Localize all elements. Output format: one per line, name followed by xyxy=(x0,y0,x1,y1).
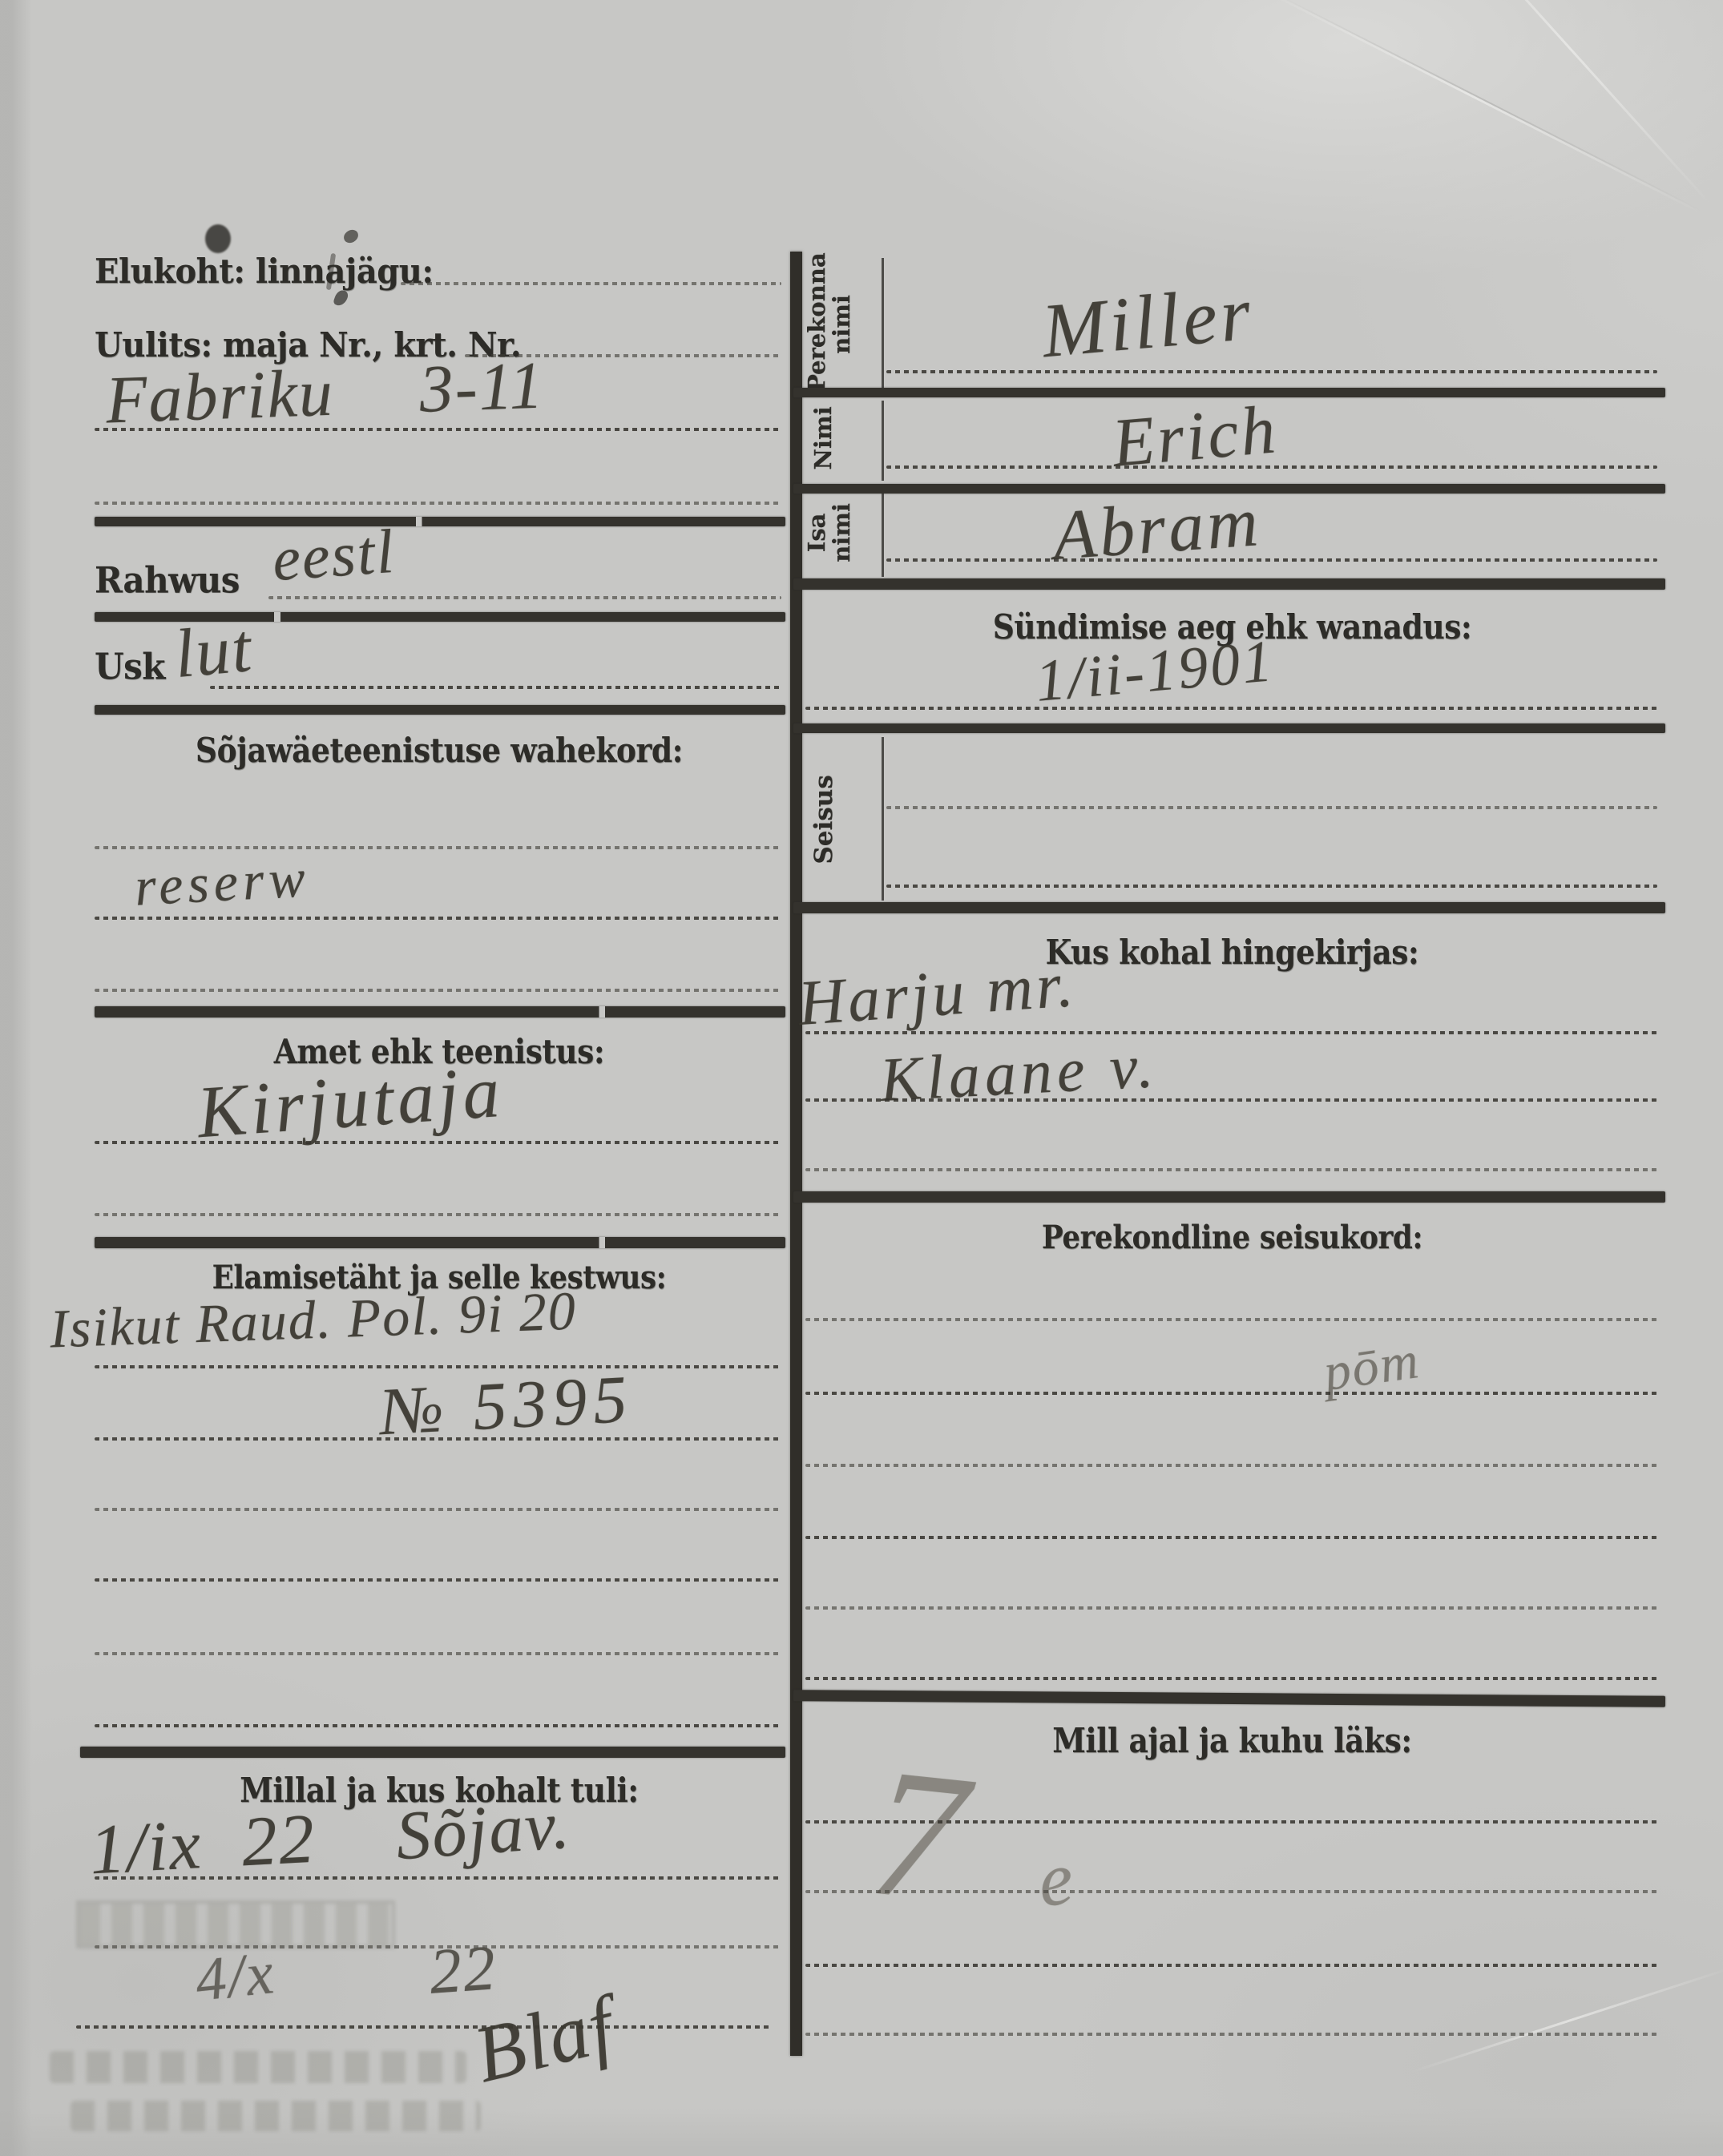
dotted-line xyxy=(805,1318,1657,1321)
label-rule xyxy=(882,401,884,481)
label-rule xyxy=(882,737,884,901)
seisus-label: Seisus xyxy=(811,739,837,901)
dotted-line xyxy=(95,1141,781,1144)
dotted-line xyxy=(95,502,781,505)
elukoht-label: Elukoht: linnajägu: xyxy=(95,252,434,292)
dotted-line xyxy=(401,282,781,285)
uulits-value-handwriting: Fabriku 3-11 xyxy=(104,346,545,439)
rule-bar xyxy=(793,723,1665,733)
rule-bar xyxy=(80,1747,785,1758)
dotted-line xyxy=(95,1652,781,1655)
rule-bar xyxy=(95,705,785,715)
dotted-line xyxy=(95,1724,781,1727)
rule-bar xyxy=(793,902,1665,913)
rahwus-value-handwriting: eestl xyxy=(270,515,397,595)
dotted-line xyxy=(805,1168,1657,1171)
dotted-line xyxy=(95,1213,781,1216)
dotted-line xyxy=(268,596,781,599)
dotted-line xyxy=(805,707,1657,710)
rahwus-label: Rahwus xyxy=(95,559,240,601)
dotted-line xyxy=(95,1508,781,1511)
dotted-line xyxy=(805,1031,1657,1034)
dotted-line xyxy=(805,1964,1657,1967)
laks-mark-small-handwriting: e xyxy=(1034,1833,1078,1924)
dotted-line xyxy=(805,1890,1657,1893)
paper-crease xyxy=(1410,1967,1723,2073)
dotted-line xyxy=(805,1392,1657,1395)
sojawae-value-handwriting: reserw xyxy=(133,846,311,918)
dotted-line xyxy=(805,1464,1657,1467)
sojawae-title: Sõjawäeteenistuse wahekord: xyxy=(115,731,763,771)
pen-mark xyxy=(342,227,361,246)
perekonna-nimi-value-handwriting: Miller xyxy=(1039,268,1257,376)
dotted-line xyxy=(76,2025,772,2029)
dotted-line xyxy=(95,846,781,849)
perekondline-title: Perekondline seisukord: xyxy=(831,1218,1633,1256)
label-rule xyxy=(882,258,884,389)
faded-stamp-text xyxy=(71,2101,481,2131)
dotted-line xyxy=(210,686,781,689)
faded-stamp-text xyxy=(50,2051,466,2083)
dotted-line xyxy=(95,1437,781,1441)
paper-crease xyxy=(1430,0,1711,205)
dotted-line xyxy=(95,989,781,992)
tuli-year2-handwriting: 22 xyxy=(427,1932,499,2009)
column-divider xyxy=(790,252,802,2056)
dotted-line xyxy=(95,428,781,431)
rule-bar xyxy=(793,1191,1665,1203)
dotted-line xyxy=(886,885,1657,888)
rule-bar xyxy=(95,517,785,526)
rule-bar xyxy=(793,578,1665,590)
dotted-line xyxy=(805,1536,1657,1539)
dotted-line xyxy=(95,917,781,920)
dotted-line xyxy=(95,1578,781,1582)
dotted-line xyxy=(805,1606,1657,1610)
paper-crease xyxy=(1245,0,1704,215)
ink-blot xyxy=(205,224,231,253)
tuli-date2-handwriting: 4/x xyxy=(192,1938,278,2016)
hingekirjas-line2-handwriting: Klaane v. xyxy=(878,1030,1160,1116)
rule-bar xyxy=(95,1237,785,1248)
dotted-line xyxy=(805,1820,1657,1824)
dotted-line xyxy=(95,1365,781,1368)
dotted-line xyxy=(805,1098,1657,1102)
dotted-line xyxy=(805,1677,1657,1680)
tuli-place1-handwriting: Sõjav. xyxy=(393,1784,574,1876)
rule-bar xyxy=(95,1006,785,1018)
dotted-line xyxy=(886,558,1657,562)
isa-nimi-label: Isa nimi xyxy=(805,489,855,577)
dotted-line xyxy=(886,806,1657,809)
usk-value-handwriting: lut xyxy=(171,607,256,694)
rule-bar xyxy=(793,1690,1665,1707)
nimi-label: Nimi xyxy=(811,396,836,481)
usk-label: Usk xyxy=(95,646,165,687)
dotted-line xyxy=(886,370,1657,373)
label-rule xyxy=(882,494,884,577)
dotted-line xyxy=(95,1876,781,1880)
dotted-line xyxy=(886,465,1657,469)
dotted-line xyxy=(805,2033,1657,2036)
nimi-value-handwriting: Erich xyxy=(1109,389,1281,483)
scanned-registration-card: Elukoht: linnajägu: Uulits: maja Nr., kr… xyxy=(0,0,1723,2156)
perekonna-nimi-label: Perekonna nimi xyxy=(805,257,855,392)
isa-nimi-value-handwriting: Abram xyxy=(1051,482,1264,577)
